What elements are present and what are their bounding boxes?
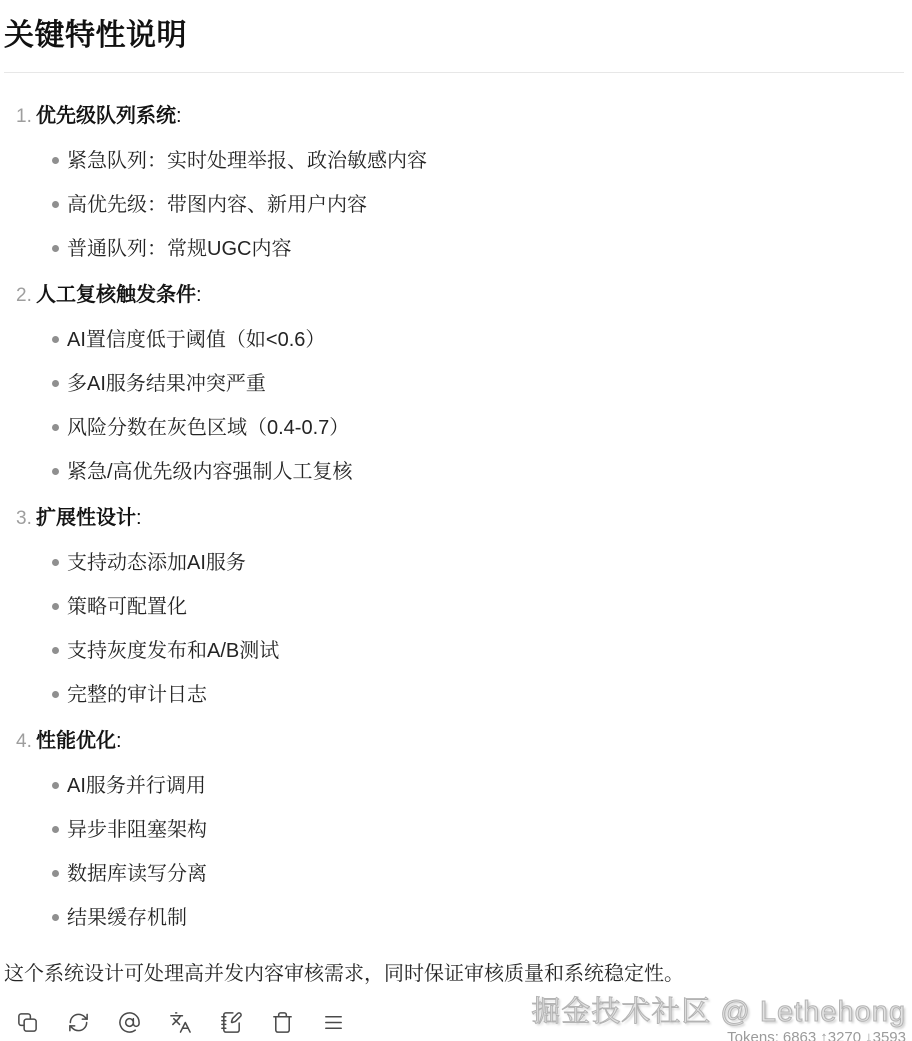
bullet-text: 紧急/高优先级内容强制人工复核 — [67, 461, 353, 483]
edit-note-icon — [220, 1011, 243, 1034]
bullet-list: 紧急队列：实时处理举报、政治敏感内容 高优先级：带图内容、新用户内容 普通队列：… — [4, 148, 904, 262]
bullet-text: 风险分数在灰色区域（0.4-0.7） — [67, 417, 349, 439]
feature-section: 4.性能优化: AI服务并行调用 异步非阻塞架构 数据库读写分离 结果缓存机制 — [4, 728, 904, 931]
bullet-text: 多AI服务结果冲突严重 — [67, 373, 266, 395]
section-colon: : — [136, 507, 142, 529]
section-title: 性能优化 — [36, 730, 116, 752]
bullet-marker-icon — [52, 424, 59, 431]
message-toolbar — [4, 1010, 904, 1034]
section-title: 人工复核触发条件 — [36, 284, 196, 306]
menu-icon — [322, 1011, 345, 1034]
list-item: 完整的审计日志 — [4, 682, 904, 708]
mention-icon — [118, 1011, 141, 1034]
closing-paragraph: 这个系统设计可处理高并发内容审核需求，同时保证审核质量和系统稳定性。 — [4, 961, 904, 987]
copy-button[interactable] — [15, 1010, 39, 1034]
bullet-marker-icon — [52, 559, 59, 566]
mention-button[interactable] — [117, 1010, 141, 1034]
bullet-text: 高优先级：带图内容、新用户内容 — [67, 194, 367, 216]
list-item: 异步非阻塞架构 — [4, 817, 904, 843]
copy-icon — [16, 1011, 39, 1034]
list-item: 支持动态添加AI服务 — [4, 550, 904, 576]
list-item: 数据库读写分离 — [4, 861, 904, 887]
bullet-marker-icon — [52, 826, 59, 833]
bullet-text: 支持灰度发布和A/B测试 — [67, 640, 279, 662]
list-item: 多AI服务结果冲突严重 — [4, 371, 904, 397]
list-item: 普通队列：常规UGC内容 — [4, 236, 904, 262]
section-title: 扩展性设计 — [36, 507, 136, 529]
bullet-marker-icon — [52, 336, 59, 343]
bullet-text: 支持动态添加AI服务 — [67, 552, 246, 574]
bullet-marker-icon — [52, 782, 59, 789]
feature-section: 3.扩展性设计: 支持动态添加AI服务 策略可配置化 支持灰度发布和A/B测试 … — [4, 505, 904, 708]
bullet-marker-icon — [52, 245, 59, 252]
feature-list: 1.优先级队列系统: 紧急队列：实时处理举报、政治敏感内容 高优先级：带图内容、… — [4, 103, 904, 931]
page-title: 关键特性说明 — [4, 16, 904, 56]
translate-button[interactable] — [168, 1010, 192, 1034]
section-heading: 1.优先级队列系统: — [4, 103, 904, 130]
menu-button[interactable] — [321, 1010, 345, 1034]
regenerate-icon — [67, 1011, 90, 1034]
bullet-marker-icon — [52, 380, 59, 387]
bullet-text: 完整的审计日志 — [67, 684, 207, 706]
bullet-marker-icon — [52, 870, 59, 877]
section-heading: 2.人工复核触发条件: — [4, 282, 904, 309]
section-colon: : — [116, 730, 122, 752]
list-item: 策略可配置化 — [4, 594, 904, 620]
bullet-marker-icon — [52, 603, 59, 610]
feature-section: 1.优先级队列系统: 紧急队列：实时处理举报、政治敏感内容 高优先级：带图内容、… — [4, 103, 904, 262]
section-number: 4. — [16, 729, 36, 755]
list-item: 支持灰度发布和A/B测试 — [4, 638, 904, 664]
assistant-message: 关键特性说明 1.优先级队列系统: 紧急队列：实时处理举报、政治敏感内容 高优先… — [0, 16, 912, 1034]
translate-icon — [169, 1011, 192, 1034]
bullet-text: 策略可配置化 — [67, 596, 187, 618]
list-item: 风险分数在灰色区域（0.4-0.7） — [4, 415, 904, 441]
bullet-marker-icon — [52, 647, 59, 654]
bullet-list: 支持动态添加AI服务 策略可配置化 支持灰度发布和A/B测试 完整的审计日志 — [4, 550, 904, 708]
bullet-list: AI服务并行调用 异步非阻塞架构 数据库读写分离 结果缓存机制 — [4, 773, 904, 931]
bullet-list: AI置信度低于阈值（如<0.6） 多AI服务结果冲突严重 风险分数在灰色区域（0… — [4, 327, 904, 485]
bullet-text: 数据库读写分离 — [67, 863, 207, 885]
bullet-marker-icon — [52, 157, 59, 164]
section-title: 优先级队列系统 — [36, 105, 176, 127]
list-item: 紧急/高优先级内容强制人工复核 — [4, 459, 904, 485]
divider — [4, 72, 904, 73]
bullet-text: 结果缓存机制 — [67, 907, 187, 929]
regenerate-button[interactable] — [66, 1010, 90, 1034]
list-item: AI置信度低于阈值（如<0.6） — [4, 327, 904, 353]
section-colon: : — [176, 105, 182, 127]
bullet-marker-icon — [52, 201, 59, 208]
section-colon: : — [196, 284, 202, 306]
bullet-text: AI置信度低于阈值（如<0.6） — [67, 329, 325, 351]
list-item: 结果缓存机制 — [4, 905, 904, 931]
feature-section: 2.人工复核触发条件: AI置信度低于阈值（如<0.6） 多AI服务结果冲突严重… — [4, 282, 904, 485]
delete-button[interactable] — [270, 1010, 294, 1034]
section-heading: 3.扩展性设计: — [4, 505, 904, 532]
bullet-marker-icon — [52, 914, 59, 921]
bullet-text: 普通队列：常规UGC内容 — [67, 238, 291, 260]
bullet-marker-icon — [52, 691, 59, 698]
bullet-text: 紧急队列：实时处理举报、政治敏感内容 — [67, 150, 427, 172]
section-number: 3. — [16, 506, 36, 532]
delete-icon — [271, 1011, 294, 1034]
list-item: 高优先级：带图内容、新用户内容 — [4, 192, 904, 218]
edit-note-button[interactable] — [219, 1010, 243, 1034]
section-number: 1. — [16, 104, 36, 130]
bullet-marker-icon — [52, 468, 59, 475]
section-heading: 4.性能优化: — [4, 728, 904, 755]
bullet-text: AI服务并行调用 — [67, 775, 206, 797]
bullet-text: 异步非阻塞架构 — [67, 819, 207, 841]
section-number: 2. — [16, 283, 36, 309]
list-item: AI服务并行调用 — [4, 773, 904, 799]
list-item: 紧急队列：实时处理举报、政治敏感内容 — [4, 148, 904, 174]
